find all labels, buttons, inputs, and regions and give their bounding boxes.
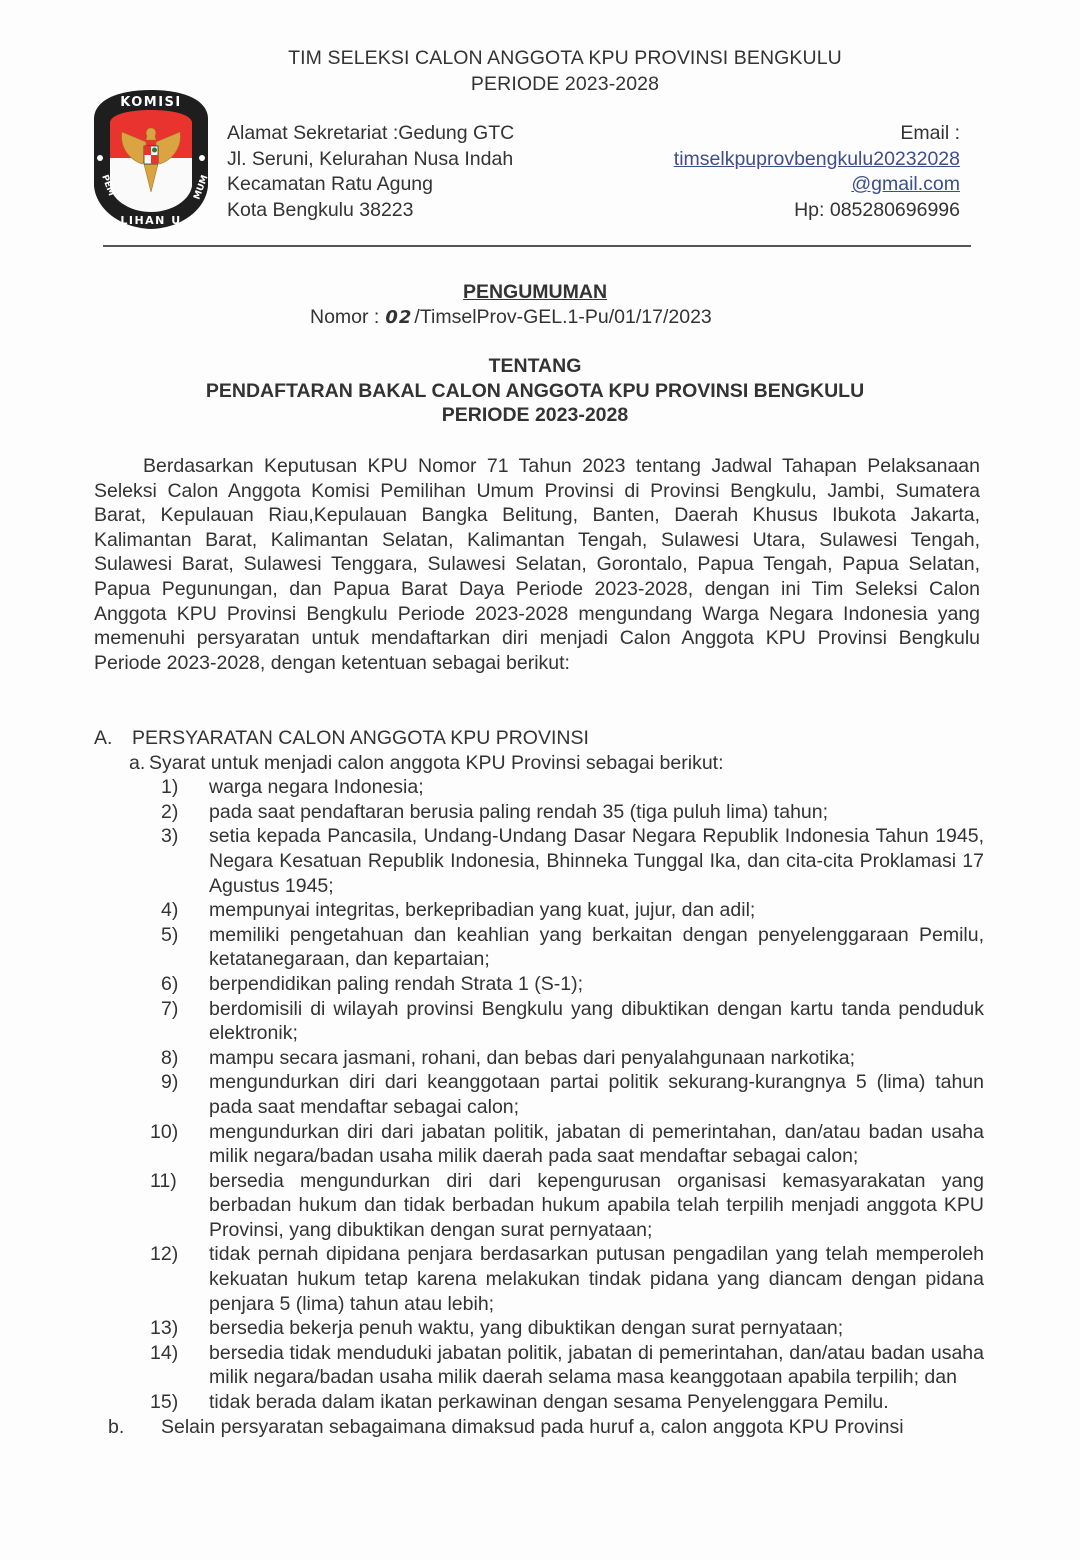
- email-link[interactable]: timselkpuprovbengkulu20232028: [674, 148, 960, 170]
- requirement-text: pada saat pendaftaran berusia paling ren…: [209, 800, 984, 825]
- requirement-item: 9)mengundurkan diri dari keanggotaan par…: [94, 1070, 984, 1119]
- kpu-emblem-icon: KOMISI PEM LIHAN U MUM: [92, 88, 210, 230]
- requirement-number: 11): [94, 1169, 209, 1243]
- subject-line: PENDAFTARAN BAKAL CALON ANGGOTA KPU PROV…: [0, 379, 1070, 404]
- subject-period: PERIODE 2023-2028: [0, 403, 1070, 428]
- email-link-domain[interactable]: @gmail.com: [851, 173, 960, 195]
- requirement-item: 14)bersedia tidak menduduki jabatan poli…: [94, 1341, 984, 1390]
- requirement-number: 7): [94, 997, 209, 1046]
- letterhead-divider: [103, 245, 971, 247]
- requirement-item: 5)memiliki pengetahuan dan keahlian yang…: [94, 923, 984, 972]
- phone-number: Hp: 085280696996: [674, 198, 960, 224]
- requirement-item: 15)tidak berada dalam ikatan perkawinan …: [94, 1390, 984, 1415]
- number-label: Nomor :: [310, 306, 379, 328]
- requirement-text: mengundurkan diri dari jabatan politik, …: [209, 1120, 984, 1169]
- requirement-item: 11)bersedia mengundurkan diri dari kepen…: [94, 1169, 984, 1243]
- about-label: TENTANG: [0, 354, 1070, 379]
- address-line: Kecamatan Ratu Agung: [227, 172, 514, 198]
- address-line: Jl. Seruni, Kelurahan Nusa Indah: [227, 147, 514, 173]
- subsection-text: Syarat untuk menjadi calon anggota KPU P…: [149, 751, 724, 776]
- requirement-text: bersedia mengundurkan diri dari kepengur…: [209, 1169, 984, 1243]
- requirement-number: 15): [94, 1390, 209, 1415]
- announcement-title: PENGUMUMAN: [0, 281, 1070, 304]
- address-line: Kota Bengkulu 38223: [227, 198, 514, 224]
- subsection-marker: b.: [108, 1415, 161, 1440]
- requirement-text: berpendidikan paling rendah Strata 1 (S-…: [209, 972, 984, 997]
- number-rest: /TimselProv-GEL.1-Pu/01/17/2023: [414, 306, 711, 328]
- subsection-text: Selain persyaratan sebagaimana dimaksud …: [161, 1415, 984, 1440]
- requirement-number: 2): [94, 800, 209, 825]
- number-handwritten: 02: [385, 307, 412, 328]
- requirement-number: 8): [94, 1046, 209, 1071]
- requirement-item: 1)warga negara Indonesia;: [94, 775, 984, 800]
- requirement-text: bersedia tidak menduduki jabatan politik…: [209, 1341, 984, 1390]
- org-title: TIM SELEKSI CALON ANGGOTA KPU PROVINSI B…: [0, 47, 1080, 70]
- requirement-item: 13)bersedia bekerja penuh waktu, yang di…: [94, 1316, 984, 1341]
- svg-text:LIHAN U: LIHAN U: [120, 214, 181, 227]
- requirement-item: 3)setia kepada Pancasila, Undang-Undang …: [94, 824, 984, 898]
- requirement-text: mengundurkan diri dari keanggotaan parta…: [209, 1070, 984, 1119]
- section-title: PERSYARATAN CALON ANGGOTA KPU PROVINSI: [132, 726, 589, 751]
- requirement-item: 6)berpendidikan paling rendah Strata 1 (…: [94, 972, 984, 997]
- requirement-number: 9): [94, 1070, 209, 1119]
- requirement-text: setia kepada Pancasila, Undang-Undang Da…: [209, 824, 984, 898]
- requirement-item: 7)berdomisili di wilayah provinsi Bengku…: [94, 997, 984, 1046]
- requirement-number: 14): [94, 1341, 209, 1390]
- requirement-text: tidak pernah dipidana penjara berdasarka…: [209, 1242, 984, 1316]
- requirement-item: 4)mempunyai integritas, berkepribadian y…: [94, 898, 984, 923]
- email-label: Email :: [674, 121, 960, 147]
- requirement-text: warga negara Indonesia;: [209, 775, 984, 800]
- requirement-text: bersedia bekerja penuh waktu, yang dibuk…: [209, 1316, 984, 1341]
- requirement-item: 12)tidak pernah dipidana penjara berdasa…: [94, 1242, 984, 1316]
- requirement-number: 5): [94, 923, 209, 972]
- requirement-text: tidak berada dalam ikatan perkawinan den…: [209, 1390, 984, 1415]
- subsection-marker: a.: [129, 751, 149, 776]
- requirement-text: berdomisili di wilayah provinsi Bengkulu…: [209, 997, 984, 1046]
- requirement-number: 3): [94, 824, 209, 898]
- intro-paragraph: Berdasarkan Keputusan KPU Nomor 71 Tahun…: [94, 454, 980, 675]
- requirement-text: mampu secara jasmani, rohani, dan bebas …: [209, 1046, 984, 1071]
- requirement-number: 1): [94, 775, 209, 800]
- requirement-number: 4): [94, 898, 209, 923]
- requirement-number: 10): [94, 1120, 209, 1169]
- requirement-item: 8)mampu secara jasmani, rohani, dan beba…: [94, 1046, 984, 1071]
- requirement-number: 13): [94, 1316, 209, 1341]
- requirement-item: 10)mengundurkan diri dari jabatan politi…: [94, 1120, 984, 1169]
- announcement-subject: TENTANG PENDAFTARAN BAKAL CALON ANGGOTA …: [0, 354, 1070, 428]
- svg-text:KOMISI: KOMISI: [120, 95, 182, 110]
- document-page: TIM SELEKSI CALON ANGGOTA KPU PROVINSI B…: [0, 0, 1080, 1560]
- requirement-text: mempunyai integritas, berkepribadian yan…: [209, 898, 984, 923]
- section-a: A. PERSYARATAN CALON ANGGOTA KPU PROVINS…: [94, 726, 984, 1439]
- address-line: Alamat Sekretariat :Gedung GTC: [227, 121, 514, 147]
- requirement-item: 2)pada saat pendaftaran berusia paling r…: [94, 800, 984, 825]
- requirement-number: 12): [94, 1242, 209, 1316]
- requirement-text: memiliki pengetahuan dan keahlian yang b…: [209, 923, 984, 972]
- requirement-number: 6): [94, 972, 209, 997]
- contact-block: Email : timselkpuprovbengkulu20232028 @g…: [674, 121, 960, 223]
- section-marker: A.: [94, 726, 132, 751]
- requirements-list: 1)warga negara Indonesia;2)pada saat pen…: [94, 775, 984, 1414]
- announcement-number: Nomor :02/TimselProv-GEL.1-Pu/01/17/2023: [310, 306, 712, 329]
- secretariat-address: Alamat Sekretariat :Gedung GTC Jl. Serun…: [227, 121, 514, 223]
